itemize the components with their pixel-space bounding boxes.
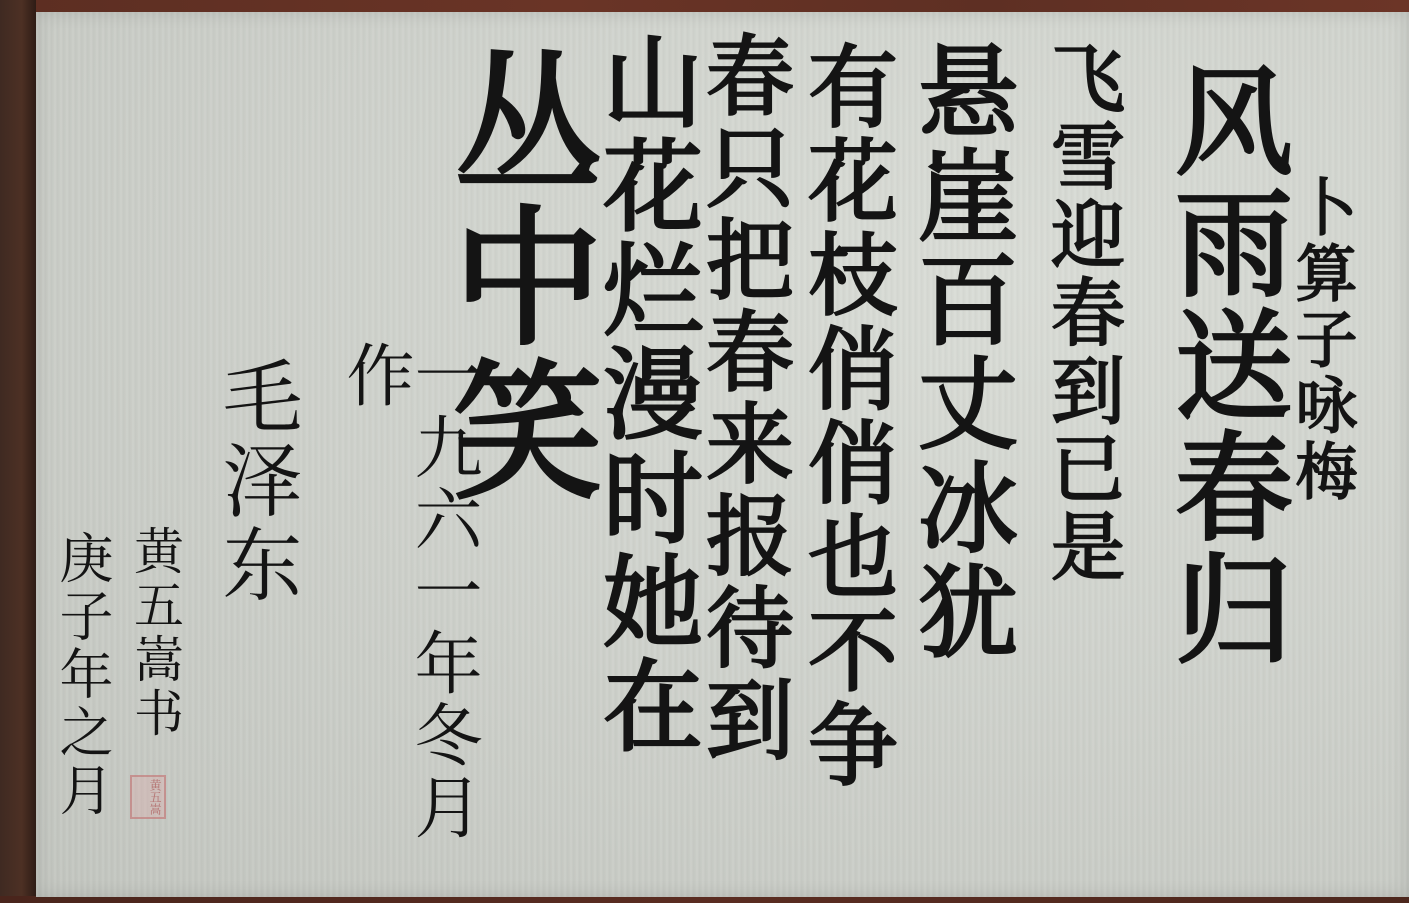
poem-column-1: 风雨送春归: [1165, 60, 1283, 670]
poem-column-3: 悬崖百丈冰犹: [910, 40, 1010, 664]
wood-surface-top: [0, 0, 1409, 12]
wood-surface-left: [0, 0, 36, 903]
poem-title-column: 卜算子咏梅: [1290, 175, 1352, 505]
calligrapher-signature: 黄五嵩书: [130, 525, 180, 741]
poem-column-2: 飞雪迎春到已是: [1045, 40, 1119, 586]
poem-column-4: 有花枝俏俏也不争: [800, 40, 890, 792]
red-seal-stamp: 黄五嵩: [130, 775, 166, 819]
poem-column-6: 山花烂漫时她在: [595, 30, 695, 758]
poem-column-5: 春只把春来报待到: [700, 30, 788, 766]
calligraphy-date: 庚子年之月: [55, 530, 109, 820]
date-note-column: 一九六一年冬月作: [340, 340, 476, 903]
wood-surface-bottom: [0, 896, 1409, 903]
author-column: 毛泽东: [215, 355, 295, 607]
